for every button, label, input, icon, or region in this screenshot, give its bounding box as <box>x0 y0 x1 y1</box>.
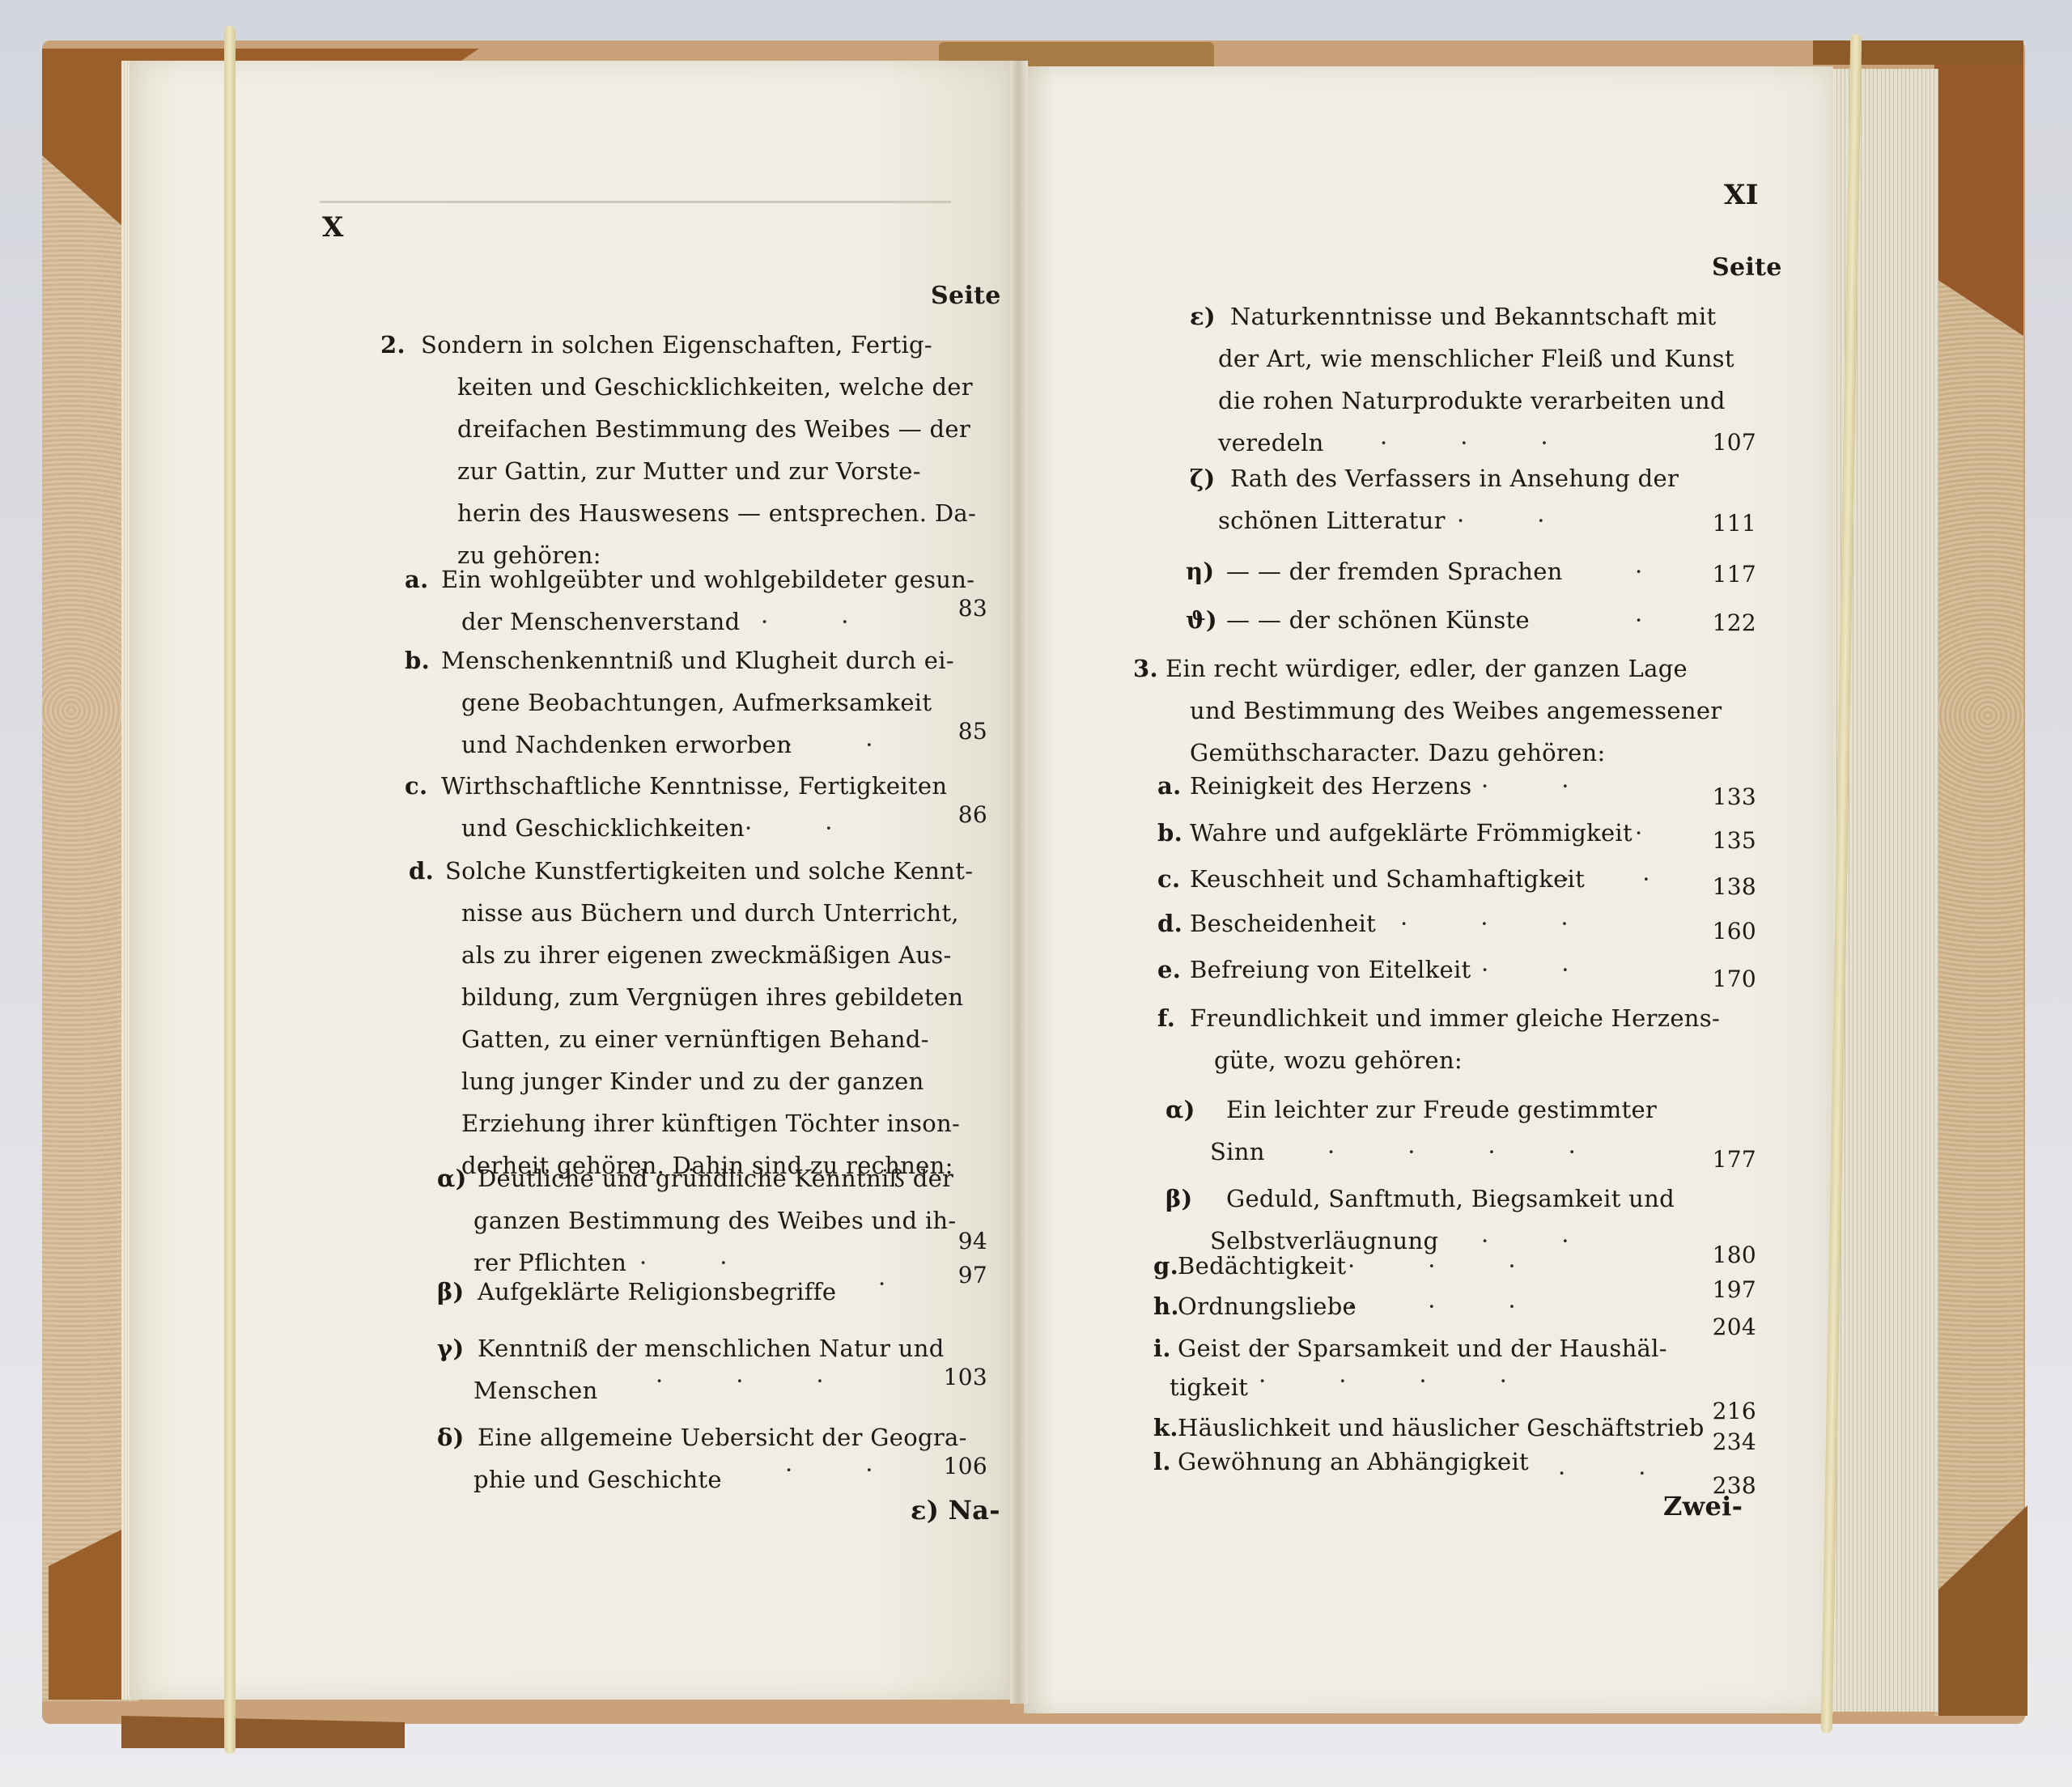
page-ref: 160 <box>1692 910 1756 953</box>
column-label-seite-right: Seite <box>1712 247 1782 289</box>
page-ref: 107 <box>1692 422 1756 464</box>
right-page-text: XI Seite ε) Naturkenntnisse und Bekannts… <box>0 0 2072 1787</box>
page-ref: 177 <box>1692 1139 1756 1181</box>
page-ref: 111 <box>1692 503 1756 545</box>
catchword-right: Zwei- <box>1663 1485 1743 1527</box>
page-number-right: XI <box>1724 174 1759 216</box>
elastic-band-left <box>224 26 236 1754</box>
page-ref: 197 <box>1692 1269 1756 1311</box>
page-ref: 135 <box>1692 820 1756 862</box>
page-ref: 170 <box>1692 958 1756 1000</box>
page-ref: 204 <box>1692 1306 1756 1348</box>
page-ref: 117 <box>1692 554 1756 596</box>
page-ref: 122 <box>1692 602 1756 644</box>
page-ref: 138 <box>1692 866 1756 908</box>
